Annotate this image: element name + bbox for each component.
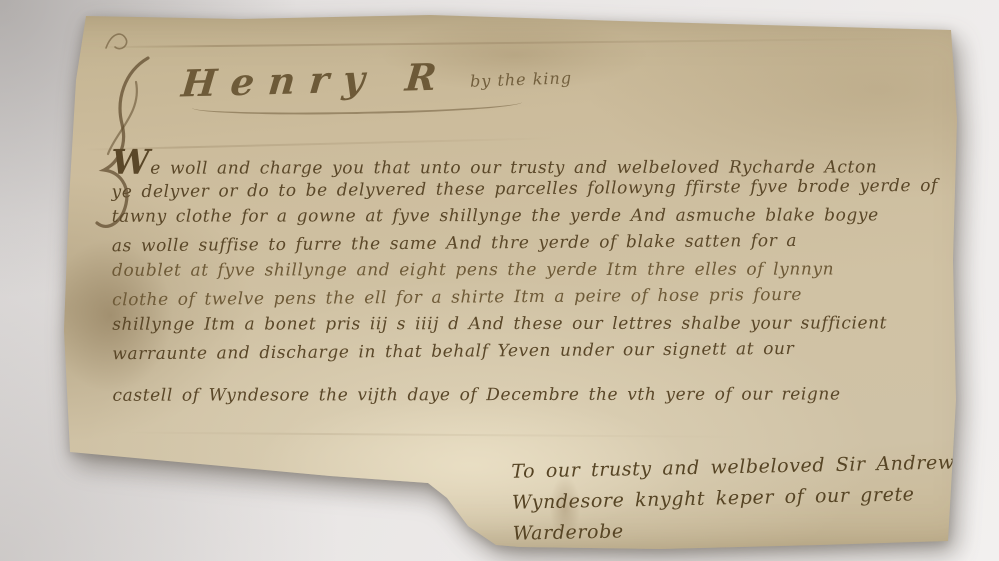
letter-line: shillynge Itm a bonet pris iij s iiij d … [112,310,950,338]
letter-line: castell of Wyndesore the vijth daye of D… [112,381,950,409]
letter-line: as wolle suffise to furre the same And t… [112,227,950,261]
crease-line [95,38,915,49]
letter-line: tawny clothe for a gowne at fyve shillyn… [112,202,950,230]
parchment-document: Henry R by the king We woll and charge y… [0,0,999,561]
letter-line: warraunte and discharge in that behalf Y… [112,335,950,369]
letter-line: We woll and charge you that unto our tru… [111,148,949,176]
byline-by-the-king: by the king [470,68,573,91]
letter-body: We woll and charge you that unto our tru… [111,147,950,411]
letter-line: clothe of twelve pens the ell for a shir… [112,281,950,315]
address-block: To our trusty and welbeloved Sir Andrewe… [511,447,968,550]
archival-mark [103,27,133,55]
letter-line: ye delyver or do to be delyvered these p… [112,173,950,207]
parchment-shadow: Henry R by the king We woll and charge y… [0,0,999,561]
letter-line: doublet at fyve shillynge and eight pens… [112,256,950,284]
photo-backdrop: Henry R by the king We woll and charge y… [0,0,999,561]
crease-line [120,432,820,439]
